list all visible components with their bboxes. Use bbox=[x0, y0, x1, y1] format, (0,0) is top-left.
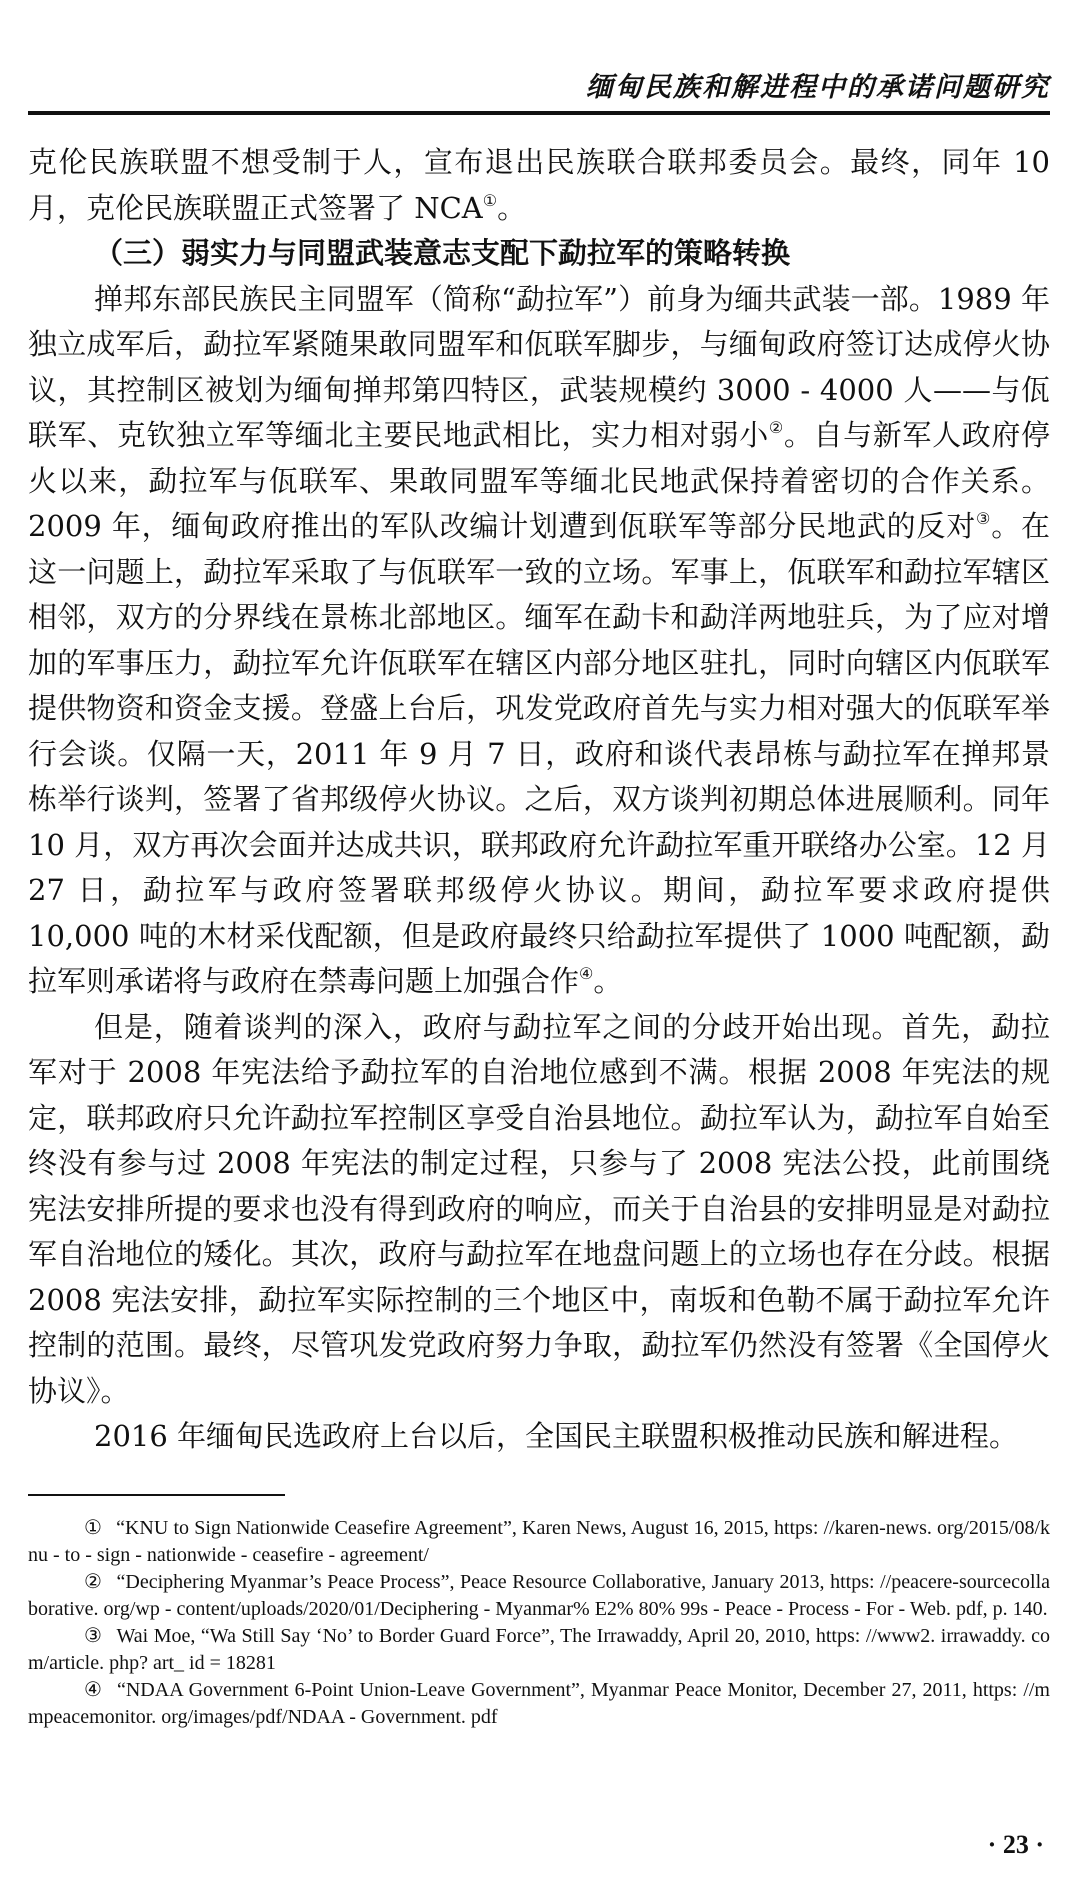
paragraph-text: 克伦民族联盟不想受制于人，宣布退出民族联合联邦委员会。最终，同年 10 月，克伦… bbox=[28, 145, 1050, 225]
footnote-4: ④“NDAA Government 6-Point Union-Leave Go… bbox=[28, 1677, 1050, 1731]
footnote-ref-2[interactable]: ② bbox=[769, 418, 784, 437]
paragraph-text: 。 bbox=[497, 191, 526, 225]
footnote-1: ①“KNU to Sign Nationwide Ceasefire Agree… bbox=[28, 1515, 1050, 1569]
footnote-text: “NDAA Government 6-Point Union-Leave Gov… bbox=[28, 1679, 1050, 1728]
footnote-text: “KNU to Sign Nationwide Ceasefire Agreem… bbox=[28, 1517, 1050, 1566]
page-number: · 23 · bbox=[988, 1830, 1044, 1860]
footnote-mark: ③ bbox=[84, 1625, 102, 1647]
footnote-3: ③Wai Moe, “Wa Still Say ‘No’ to Border G… bbox=[28, 1623, 1050, 1677]
paragraph-continued: 克伦民族联盟不想受制于人，宣布退出民族联合联邦委员会。最终，同年 10 月，克伦… bbox=[28, 140, 1050, 231]
header-rule bbox=[28, 111, 1050, 115]
footnote-separator bbox=[28, 1494, 285, 1496]
running-head-title: 缅甸民族和解进程中的承诺问题研究 bbox=[586, 72, 1050, 104]
paragraph-mengla-background: 掸邦东部民族民主同盟军（简称“勐拉军”）前身为缅共武装一部。1989 年独立成军… bbox=[28, 277, 1050, 1005]
footnote-ref-4[interactable]: ④ bbox=[579, 964, 593, 983]
paragraph-text: 。 bbox=[593, 964, 622, 998]
paragraph-text: 。在这一问题上，勐拉军采取了与佤联军一致的立场。军事上，佤联军和勐拉军辖区相邻，… bbox=[28, 509, 1050, 998]
paragraph-2016-government: 2016 年缅甸民选政府上台以后，全国民主联盟积极推动民族和解进程。 bbox=[28, 1414, 1050, 1460]
body-text: 克伦民族联盟不想受制于人，宣布退出民族联合联邦委员会。最终，同年 10 月，克伦… bbox=[28, 140, 1050, 1460]
footnote-mark: ① bbox=[84, 1517, 102, 1539]
footnote-ref-3[interactable]: ③ bbox=[976, 509, 991, 528]
footnote-text: Wai Moe, “Wa Still Say ‘No’ to Border Gu… bbox=[28, 1625, 1050, 1674]
footnote-ref-1[interactable]: ① bbox=[483, 191, 497, 210]
section-heading: （三）弱实力与同盟武装意志支配下勐拉军的策略转换 bbox=[28, 231, 1050, 277]
footnotes: ①“KNU to Sign Nationwide Ceasefire Agree… bbox=[28, 1515, 1050, 1731]
footnote-mark: ② bbox=[84, 1571, 103, 1593]
footnote-mark: ④ bbox=[84, 1679, 103, 1701]
footnote-text: “Deciphering Myanmar’s Peace Process”, P… bbox=[28, 1571, 1050, 1620]
paragraph-disagreements: 但是，随着谈判的深入，政府与勐拉军之间的分歧开始出现。首先，勐拉军对于 2008… bbox=[28, 1005, 1050, 1415]
footnote-2: ②“Deciphering Myanmar’s Peace Process”, … bbox=[28, 1569, 1050, 1623]
